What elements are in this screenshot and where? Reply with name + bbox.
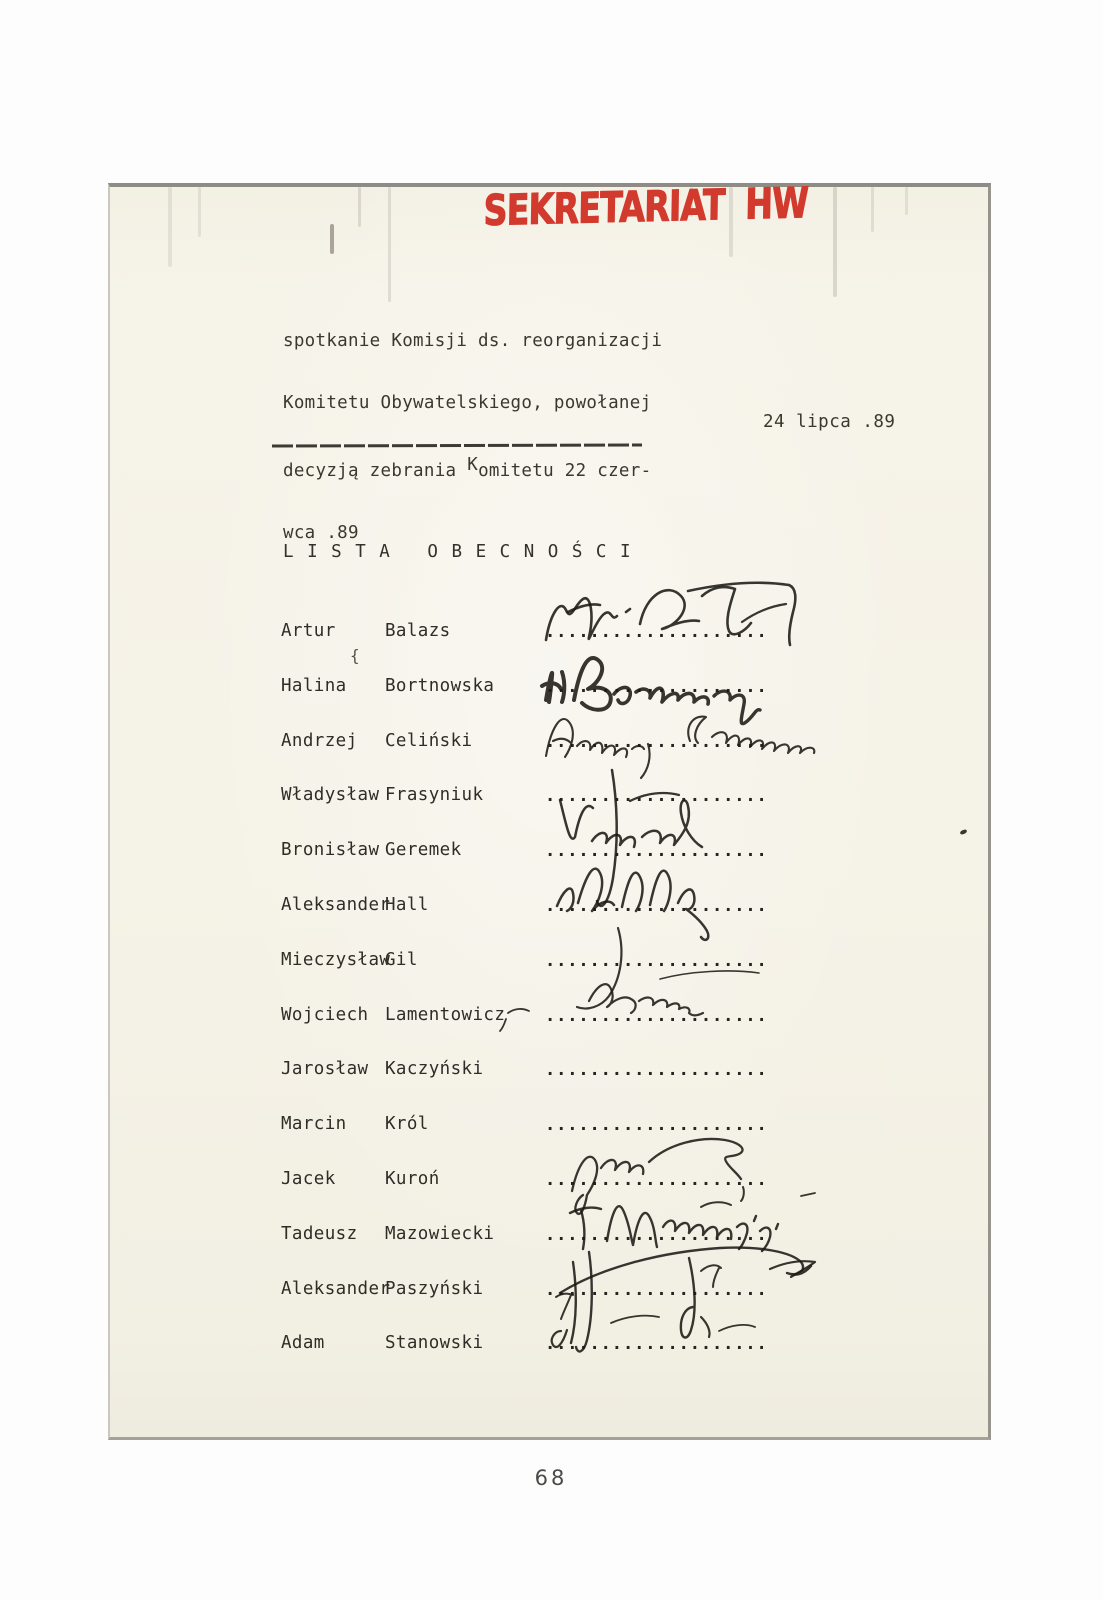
first-name: Władysław: [281, 768, 385, 823]
attendance-row: HalinaBortnowska....................: [281, 659, 821, 714]
first-name: Tadeusz: [281, 1207, 385, 1262]
memo-line-1: spotkanie Komisji ds. reorganizacji: [283, 331, 662, 351]
signature-dotted-line: ....................: [545, 989, 768, 1044]
attendance-row: MarcinKról....................: [281, 1097, 821, 1152]
attendance-row: WładysławFrasyniuk....................: [281, 768, 821, 823]
signature-dotted-line: ....................: [545, 605, 768, 660]
last-name: Kuroń: [385, 1169, 440, 1189]
first-name: Wojciech: [281, 988, 385, 1043]
memo-paragraph: spotkanie Komisji ds. reorganizacji Komi…: [283, 326, 662, 549]
last-name: Frasyniuk: [385, 785, 483, 805]
last-name: Kaczyński: [385, 1059, 483, 1079]
stamp-word: SEKRETARIAT: [483, 180, 725, 235]
last-name: Gil: [385, 950, 418, 970]
stamp-word: HW: [745, 178, 809, 229]
attendance-row: ArturBalazs....................: [281, 604, 821, 659]
first-name: Aleksander: [281, 1262, 385, 1317]
first-name: Artur: [281, 604, 385, 659]
last-name: Bortnowska: [385, 676, 494, 696]
attendance-row: JarosławKaczyński....................: [281, 1042, 821, 1097]
last-name: Celiński: [385, 731, 473, 751]
attendance-row: BronisławGeremek....................: [281, 823, 821, 878]
last-name: Lamentowicz: [385, 1005, 505, 1025]
signature-dotted-line: ....................: [545, 934, 768, 989]
superscript-k: K: [467, 455, 478, 475]
attendance-row: AdamStanowski....................: [281, 1316, 821, 1371]
first-name: Mieczysław: [281, 933, 385, 988]
first-name: Aleksander: [281, 878, 385, 933]
last-name: Balazs: [385, 621, 451, 641]
attendance-row: WojciechLamentowicz....................: [281, 988, 821, 1043]
first-name: Andrzej: [281, 714, 385, 769]
attendance-row: AleksanderHall....................: [281, 878, 821, 933]
first-name: Jacek: [281, 1152, 385, 1207]
signature-dotted-line: ....................: [545, 879, 768, 934]
attendance-row: AndrzejCeliński....................: [281, 714, 821, 769]
signature-dotted-line: ....................: [545, 660, 768, 715]
signature-dotted-line: ....................: [545, 715, 768, 770]
attendance-row: AleksanderPaszyński....................: [281, 1262, 821, 1317]
secretariat-stamp: SEKRETARIAT HW: [483, 178, 808, 235]
last-name: Mazowiecki: [385, 1224, 494, 1244]
first-name: Jarosław: [281, 1042, 385, 1097]
last-name: Paszyński: [385, 1279, 483, 1299]
last-name: Król: [385, 1114, 429, 1134]
attendance-list-title: L I S T A O B E C N O Ś C I: [283, 542, 632, 562]
signature-dotted-line: ....................: [545, 1263, 768, 1318]
signature-dotted-line: ....................: [545, 1208, 768, 1263]
attendance-list: ArturBalazs.................... HalinaBo…: [281, 604, 821, 1371]
signature-dotted-line: ....................: [545, 1098, 768, 1153]
signature-dotted-line: ....................: [545, 1317, 768, 1372]
signature-dotted-line: ....................: [545, 824, 768, 879]
attendance-row: JacekKuroń....................: [281, 1152, 821, 1207]
first-name: Marcin: [281, 1097, 385, 1152]
scanned-page: SEKRETARIAT HW spotkanie Komisji ds. reo…: [0, 0, 1103, 1600]
document-date: 24 lipca .89: [763, 412, 895, 432]
memo-line-2: Komitetu Obywatelskiego, powołanej: [283, 393, 651, 413]
signature-dotted-line: ....................: [545, 1153, 768, 1208]
memo-line-3: decyzją zebrania Komitetu 22 czer-: [283, 461, 651, 481]
last-name: Stanowski: [385, 1333, 483, 1353]
signature-dotted-line: ....................: [545, 769, 768, 824]
signature-dotted-line: ....................: [545, 1043, 768, 1098]
memo-line-4: wca .89: [283, 523, 359, 543]
attendance-row: MieczysławGil....................: [281, 933, 821, 988]
attendance-row: TadeuszMazowiecki....................: [281, 1207, 821, 1262]
last-name: Hall: [385, 895, 429, 915]
first-name: Bronisław: [281, 823, 385, 878]
first-name: Adam: [281, 1316, 385, 1371]
page-number: 68: [491, 1466, 611, 1490]
last-name: Geremek: [385, 840, 462, 860]
first-name: Halina: [281, 659, 385, 714]
